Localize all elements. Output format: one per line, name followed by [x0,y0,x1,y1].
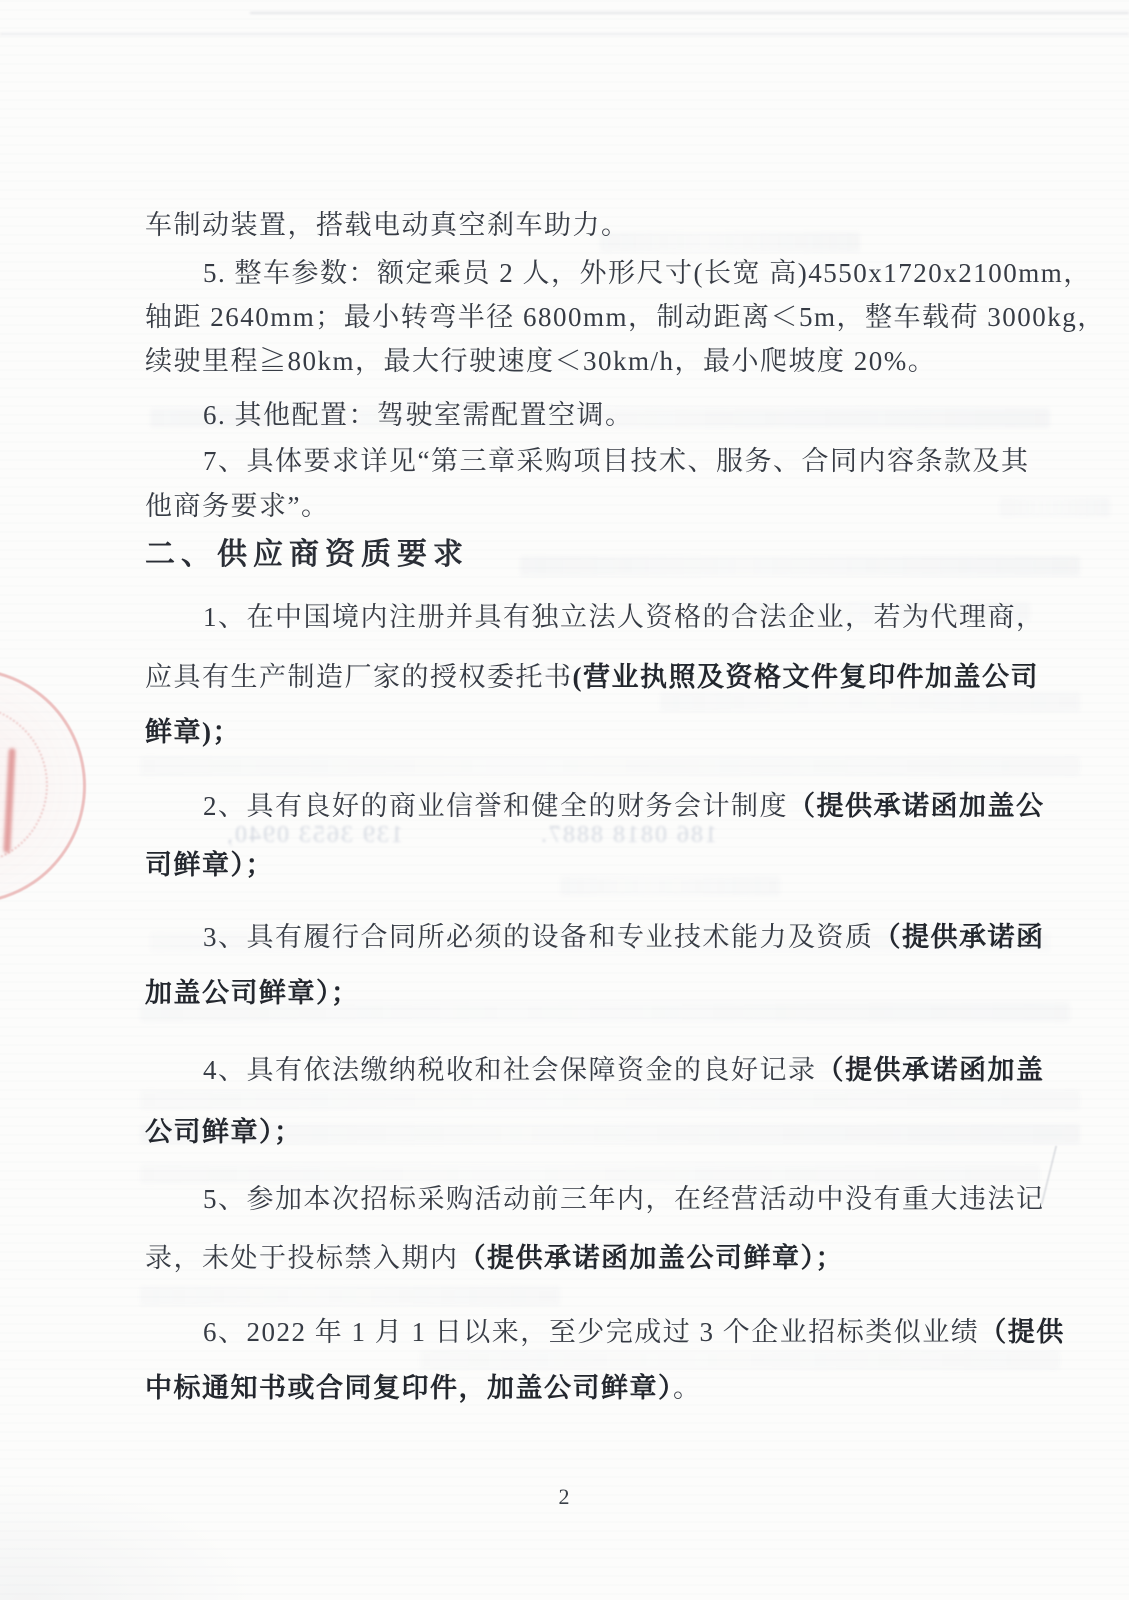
text-run: 5. 整车参数：额定乘员 2 人，外形尺寸(长宽 高)4550x1720x210… [203,258,1092,288]
text-run: 轴距 2640mm；最小转弯半径 6800mm，制动距离＜5m，整车载荷 300… [145,302,1106,332]
bleed-number: 186 0818 8887. [539,822,717,848]
text-line: 应具有生产制造厂家的授权委托书(营业执照及资格文件复印件加盖公司 [145,660,988,694]
bleed-through-smudge [660,692,1080,712]
bold-text-run: （提供承诺函加盖公 [788,791,1045,821]
text-run: 4、具有依法缴纳税收和社会保障资金的良好记录 [203,1055,817,1085]
bleed-through-text: 186 0818 8887. 139 3653 0940, [225,822,717,849]
bleed-through-smudge [140,1090,1080,1110]
page-number: 2 [0,1484,1129,1510]
scan-artifact-line [0,33,1129,35]
text-line: 加盖公司鲜章）； [145,976,988,1010]
text-run: 车制动装置，搭载电动真空刹车助力。 [145,210,630,240]
scan-artifact-line [250,12,1129,14]
text-line: 1、在中国境内注册并具有独立法人资格的合法企业，若为代理商， [145,600,988,634]
text-line: 他商务要求”。 [145,489,988,523]
text-line: 鲜章)； [145,715,988,749]
text-run: 应具有生产制造厂家的授权委托书 [145,662,573,692]
text-run: 录，未处于投标禁入期内 [145,1243,459,1273]
text-line: 录，未处于投标禁入期内（提供承诺函加盖公司鲜章）； [145,1241,988,1275]
bold-text-run: 中标通知书或合同复印件，加盖公司鲜章） [145,1373,673,1403]
text-line: 6. 其他配置：驾驶室需配置空调。 [145,398,988,432]
text-line: 续驶里程≧80km，最大行驶速度＜30km/h，最小爬坡度 20%。 [145,344,988,378]
bleed-through-smudge [140,756,1080,776]
text-run: 7、具体要求详见“第三章采购项目技术、服务、合同内容条款及其 [203,446,1029,476]
bold-text-run: （提供 [979,1317,1065,1347]
text-line: 3、具有履行合同所必须的设备和专业技术能力及资质（提供承诺函 [145,920,988,954]
bleed-through-smudge [140,1286,560,1306]
text-run: 2、具有良好的商业信誉和健全的财务会计制度 [203,791,788,821]
text-line: 中标通知书或合同复印件，加盖公司鲜章）。 [145,1371,988,1405]
text-line: 5、参加本次招标采购活动前三年内，在经营活动中没有重大违法记 [145,1182,988,1216]
text-run: 续驶里程≧80km，最大行驶速度＜30km/h，最小爬坡度 20%。 [145,346,936,376]
bold-text-run: （提供承诺函加盖 [817,1055,1045,1085]
document-page: 186 0818 8887. 139 3653 0940, 车制动装置，搭载电动… [0,0,1129,1600]
text-line: 轴距 2640mm；最小转弯半径 6800mm，制动距离＜5m，整车载荷 300… [145,300,988,334]
bold-text-run: 司鲜章）； [145,850,274,880]
section-heading: 二、供应商资质要求 [145,537,988,573]
text-run: 。 [673,1373,702,1403]
text-run: 5、参加本次招标采购活动前三年内，在经营活动中没有重大违法记 [203,1184,1045,1214]
bleed-number: 139 3653 0940, [225,822,403,848]
text-line: 车制动装置，搭载电动真空刹车助力。 [145,208,988,242]
text-run: 3、具有履行合同所必须的设备和专业技术能力及资质 [203,922,874,952]
bold-text-run: （提供承诺函 [874,922,1045,952]
text-run: 他商务要求”。 [145,491,329,521]
text-run: 6、2022 年 1 月 1 日以来，至少完成过 3 个企业招标类似业绩 [203,1317,979,1347]
text-line: 司鲜章）； [145,848,988,882]
bleed-through-smudge [1000,497,1110,517]
bold-text-run: (营业执照及资格文件复印件加盖公司 [573,662,1040,692]
text-line: 6、2022 年 1 月 1 日以来，至少完成过 3 个企业招标类似业绩（提供 [145,1315,988,1349]
bold-text-run: 加盖公司鲜章）； [145,978,360,1008]
text-line: 2、具有良好的商业信誉和健全的财务会计制度（提供承诺函加盖公 [145,789,988,823]
text-line: 公司鲜章）； [145,1115,988,1149]
text-run: 6. 其他配置：驾驶室需配置空调。 [203,400,634,430]
bleed-through-smudge [140,1164,1040,1184]
text-line: 4、具有依法缴纳税收和社会保障资金的良好记录（提供承诺函加盖 [145,1053,988,1087]
bleed-through-smudge [420,1350,1060,1370]
text-run: 1、在中国境内注册并具有独立法人资格的合法企业，若为代理商， [203,602,1045,632]
bold-text-run: （提供承诺函加盖公司鲜章）； [459,1243,845,1273]
text-line: 7、具体要求详见“第三章采购项目技术、服务、合同内容条款及其 [145,444,988,478]
bold-text-run: 鲜章)； [145,717,241,747]
bold-text-run: 公司鲜章）； [145,1117,303,1147]
text-line: 5. 整车参数：额定乘员 2 人，外形尺寸(长宽 高)4550x1720x210… [145,256,988,290]
